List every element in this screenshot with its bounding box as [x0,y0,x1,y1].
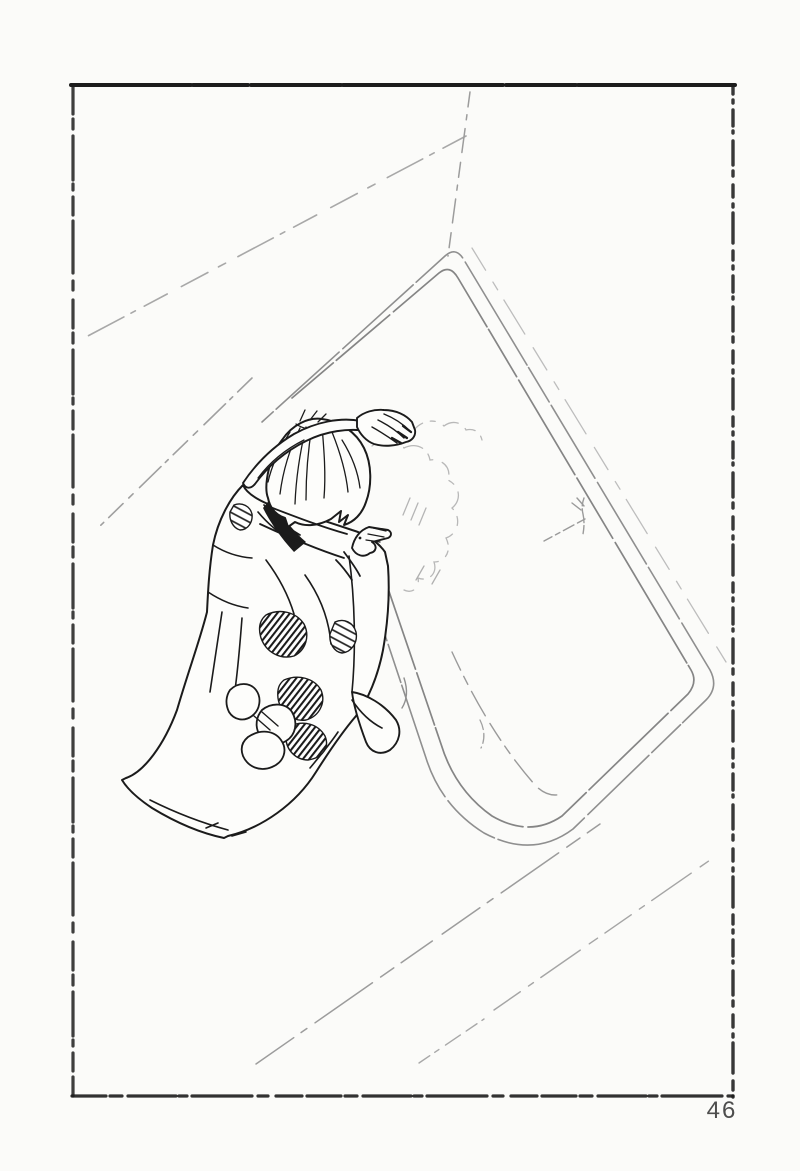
faucet-cross [544,498,585,541]
faucet-horizontal [544,519,585,541]
floor-line-1 [256,824,600,1064]
water-line [452,652,562,795]
manga-page: 46 [0,0,800,1171]
steam-cloud-small [414,421,482,440]
kneeling-figure [122,410,415,838]
resting-hand-knuckle [359,537,362,540]
illustration: 46 [0,0,800,1171]
kimono-body [122,485,389,838]
steam-tick-marks [416,566,440,584]
kimono-hem-flap [352,692,399,753]
wall-corner-line [448,92,470,256]
steam-hatch-marks [403,498,426,525]
hatch-sleeve-shadow [330,620,357,653]
wall-edge-line [84,136,466,338]
foot-3 [242,732,285,769]
floor-line-3 [419,1019,484,1063]
hatch-shoulder-shadow [230,504,252,530]
floor-line-2 [494,858,713,1010]
reaching-hand [357,410,415,446]
floor-lines [256,824,713,1064]
page-number: 46 [707,1097,738,1124]
foot-1 [226,684,259,719]
tub-outer-faint-line [472,248,726,662]
rim-fold-mark-2 [480,720,484,748]
panel-border [71,85,735,1097]
